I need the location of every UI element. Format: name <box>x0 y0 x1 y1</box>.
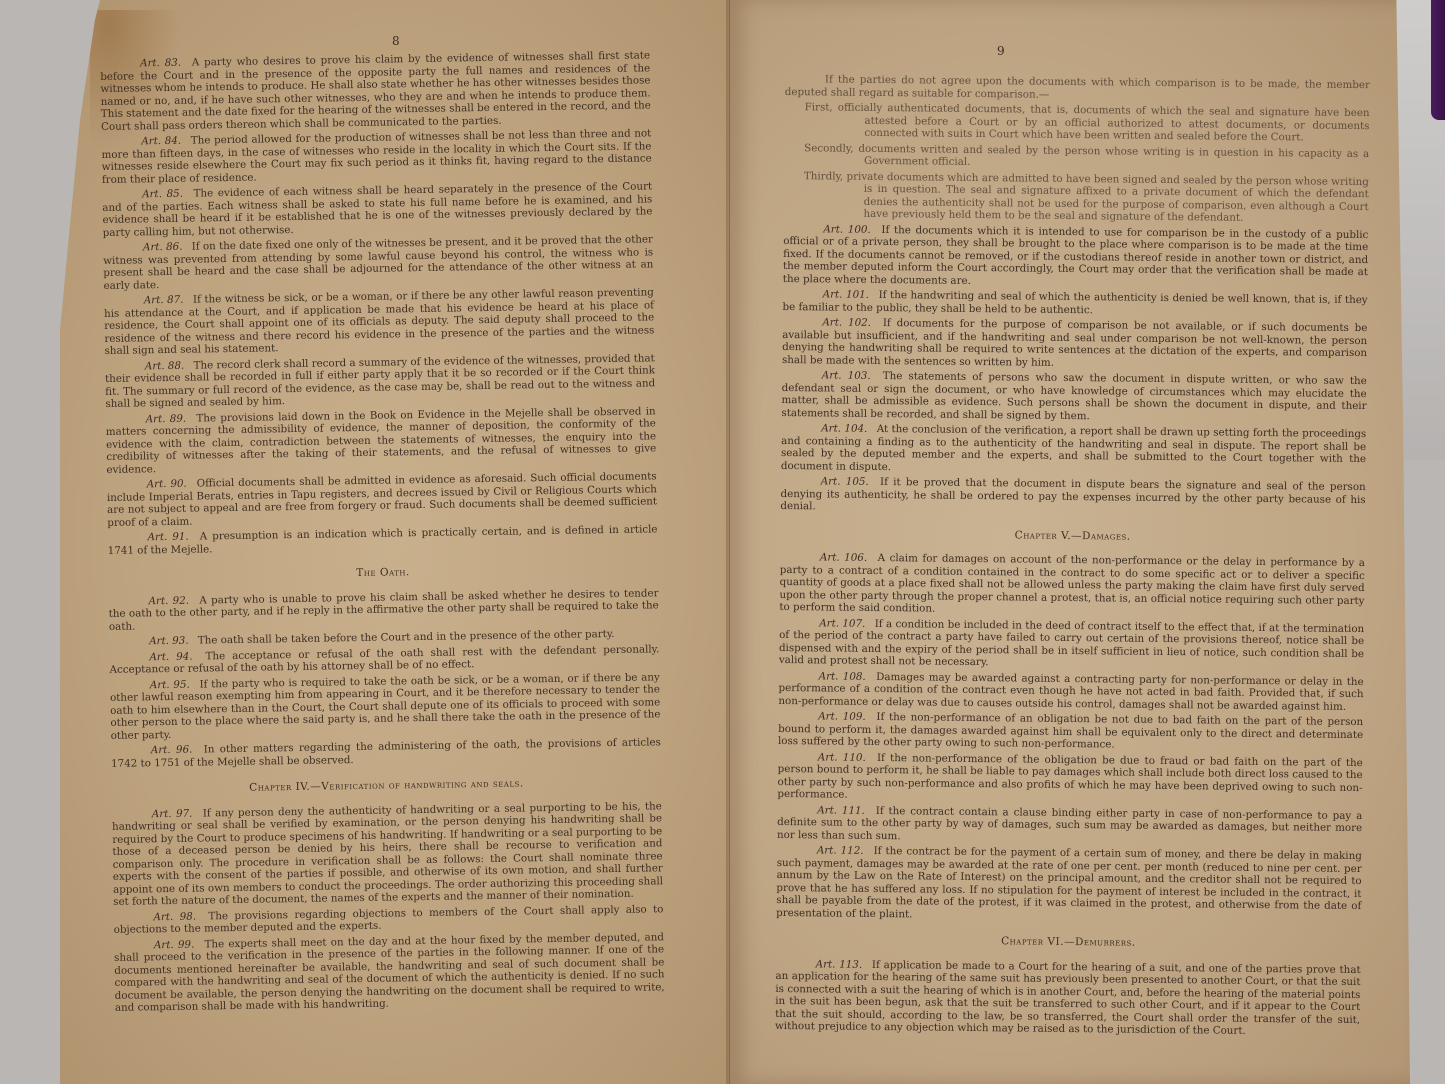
article-paragraph: Art. 96. In other matters regarding the … <box>111 736 661 770</box>
article-label: Art. 95. <box>150 678 190 691</box>
article-paragraph: Art. 90. Official documents shall be adm… <box>107 470 658 529</box>
article-label: Art. 102. <box>822 316 871 329</box>
article-text: The experts shall meet on the day and at… <box>114 931 665 1014</box>
chapter-vi-heading: Chapter VI.—Demurrers. <box>776 933 1361 952</box>
page-number: 8 <box>392 34 400 48</box>
section-heading-oath: The Oath. <box>108 562 658 583</box>
articles-113: Art. 113. If application be made to a Co… <box>775 957 1361 1038</box>
article-label: Art. 111. <box>817 804 865 816</box>
chapter-v-heading: Chapter V.—Damages. <box>780 526 1365 545</box>
articles-83-91: Art. 83. A party who desires to prove hi… <box>100 49 658 557</box>
list-item-text: private documents which are admitted to … <box>847 170 1369 224</box>
article-paragraph: Art. 111. If the contract contain a clau… <box>777 803 1362 847</box>
article-paragraph: Art. 113. If application be made to a Co… <box>775 957 1361 1038</box>
article-text: If the non-performance of an obligation … <box>778 711 1363 750</box>
article-label: Art. 98. <box>153 910 196 923</box>
comparison-document-list: First, officially authenticated document… <box>783 101 1369 226</box>
article-label: Art. 90. <box>147 478 187 491</box>
article-label: Art. 108. <box>819 670 866 682</box>
article-label: Art. 113. <box>816 958 863 970</box>
article-paragraph: Art. 84. The period allowed for the prod… <box>101 127 652 186</box>
articles-97-99: Art. 97. If any person deny the authenti… <box>112 800 665 1015</box>
article-label: Art. 88. <box>145 359 185 372</box>
article-paragraph: Art. 112. If the contract be for the pay… <box>776 844 1362 925</box>
article-paragraph: Art. 107. If a condition be included in … <box>779 616 1364 672</box>
articles-100-105: Art. 100. If the documents which it is i… <box>780 222 1368 518</box>
article-text: If the handwriting and seal of which the… <box>782 289 1367 316</box>
article-label: Art. 99. <box>154 938 195 951</box>
article-text: A claim for damages on account of the no… <box>779 552 1365 615</box>
article-text: If the contract be for the payment of a … <box>776 845 1362 920</box>
list-item: Secondly, documents written and sealed b… <box>784 141 1369 172</box>
article-text: The evidence of each witness shall be he… <box>102 180 652 238</box>
article-text: If application be made to a Court for th… <box>775 958 1361 1036</box>
article-paragraph: Art. 104. At the conclusion of the verif… <box>781 422 1366 478</box>
article-label: Art. 92. <box>148 594 189 607</box>
article-label: Art. 107. <box>819 617 865 629</box>
article-text: If the documents which it is intended to… <box>783 224 1369 287</box>
list-item-label: Thirdly, <box>804 170 843 182</box>
articles-92-96: Art. 92. A party who is unable to prove … <box>108 587 661 770</box>
article-text: If any person deny the authenticity of h… <box>112 800 663 908</box>
article-label: Art. 89. <box>146 412 187 425</box>
article-text: The period allowed for the production of… <box>101 127 651 185</box>
article-paragraph: Art. 83. A party who desires to prove hi… <box>100 49 651 133</box>
article-paragraph: Art. 103. The statements of persons who … <box>781 369 1366 425</box>
left-page-content: Art. 83. A party who desires to prove hi… <box>100 49 665 1017</box>
article-paragraph: Art. 95. If the party who is required to… <box>110 671 661 742</box>
article-label: Art. 104. <box>821 422 867 434</box>
article-text: If on the date fixed one only of the wit… <box>103 233 653 291</box>
article-paragraph: Art. 92. A party who is unable to prove … <box>108 587 659 633</box>
article-paragraph: Art. 91. A presumption is an indication … <box>107 523 657 557</box>
article-label: Art. 83. <box>140 57 181 70</box>
list-item: Thirdly, private documents which are adm… <box>783 169 1368 225</box>
article-label: Art. 97. <box>152 807 193 820</box>
page-number: 9 <box>997 44 1005 58</box>
article-label: Art. 85. <box>142 188 183 201</box>
document-spread: 8 Art. 83. A party who desires to prove … <box>0 0 1445 1084</box>
article-text: The record clerk shall record a summary … <box>105 352 655 410</box>
right-page: 9 If the parties do not agree upon the d… <box>730 0 1410 1084</box>
article-paragraph: Art. 109. If the non-performance of an o… <box>778 710 1363 754</box>
left-page: 8 Art. 83. A party who desires to prove … <box>60 0 730 1084</box>
article-label: Art. 112. <box>817 844 864 856</box>
list-item-label: First, <box>805 101 833 113</box>
article-paragraph: Art. 102. If documents for the purpose o… <box>782 316 1367 372</box>
article-paragraph: Art. 86. If on the date fixed one only o… <box>103 233 654 292</box>
article-paragraph: Art. 106. A claim for damages on account… <box>779 551 1365 620</box>
article-paragraph: Art. 100. If the documents which it is i… <box>783 222 1369 291</box>
article-paragraph: Art. 87. If the witness be sick, or be a… <box>104 286 655 357</box>
comparison-intro: If the parties do not agree upon the doc… <box>785 73 1370 104</box>
article-label: Art. 103. <box>822 369 871 382</box>
article-text: The provisions laid down in the Book on … <box>106 405 657 476</box>
article-paragraph: Art. 97. If any person deny the authenti… <box>112 800 664 909</box>
article-paragraph: Art. 89. The provisions laid down in the… <box>106 405 657 476</box>
article-label: Art. 100. <box>823 223 871 235</box>
chapter-iv-heading: Chapter IV.—Verification of handwriting … <box>111 775 661 796</box>
article-label: Art. 87. <box>144 294 184 307</box>
article-label: Art. 91. <box>147 531 188 544</box>
article-paragraph: Art. 110. If the non-performance of the … <box>777 750 1362 806</box>
article-label: Art. 96. <box>151 744 193 757</box>
article-text: A party who is unable to prove his claim… <box>109 587 659 633</box>
article-paragraph: Art. 88. The record clerk shall record a… <box>105 352 656 411</box>
article-paragraph: Art. 101. If the handwriting and seal of… <box>782 288 1367 319</box>
article-text: If a condition be included in the deed o… <box>779 617 1364 668</box>
article-text: Damages may be awarded against a contrac… <box>778 670 1363 712</box>
article-text: If the party who is required to take the… <box>110 671 661 742</box>
article-text: Official documents shall be admitted in … <box>107 470 657 528</box>
list-item: First, officially authenticated document… <box>784 101 1369 145</box>
article-paragraph: Art. 105. If it be proved that the docum… <box>780 475 1365 519</box>
article-label: Art. 84. <box>141 135 181 148</box>
right-page-content: If the parties do not agree upon the doc… <box>775 73 1370 1042</box>
article-label: Art. 93. <box>149 635 189 648</box>
article-label: Art. 109. <box>818 710 866 722</box>
article-text: In other matters regarding the administe… <box>111 736 661 769</box>
article-label: Art. 110. <box>818 751 866 764</box>
article-label: Art. 105. <box>821 475 869 488</box>
list-item-text: officially authenticated documents, that… <box>838 102 1370 144</box>
articles-106-112: Art. 106. A claim for damages on account… <box>776 551 1365 925</box>
article-label: Art. 86. <box>143 241 183 254</box>
article-text: A party who desires to prove his claim b… <box>100 49 651 132</box>
article-label: Art. 94. <box>149 650 192 663</box>
article-text: A presumption is an indication which is … <box>108 523 658 556</box>
article-paragraph: Art. 108. Damages may be awarded against… <box>778 669 1363 713</box>
list-item-text: documents written and sealed by the pers… <box>858 142 1369 168</box>
article-paragraph: Art. 85. The evidence of each witness sh… <box>102 180 653 239</box>
article-text: If the witness be sick, or be a woman, o… <box>104 286 655 357</box>
article-paragraph: Art. 99. The experts shall meet on the d… <box>114 931 665 1015</box>
article-label: Art. 101. <box>823 288 869 300</box>
list-item-label: Secondly, <box>804 142 853 155</box>
article-text: At the conclusion of the verification, a… <box>781 423 1366 473</box>
article-label: Art. 106. <box>820 551 867 563</box>
